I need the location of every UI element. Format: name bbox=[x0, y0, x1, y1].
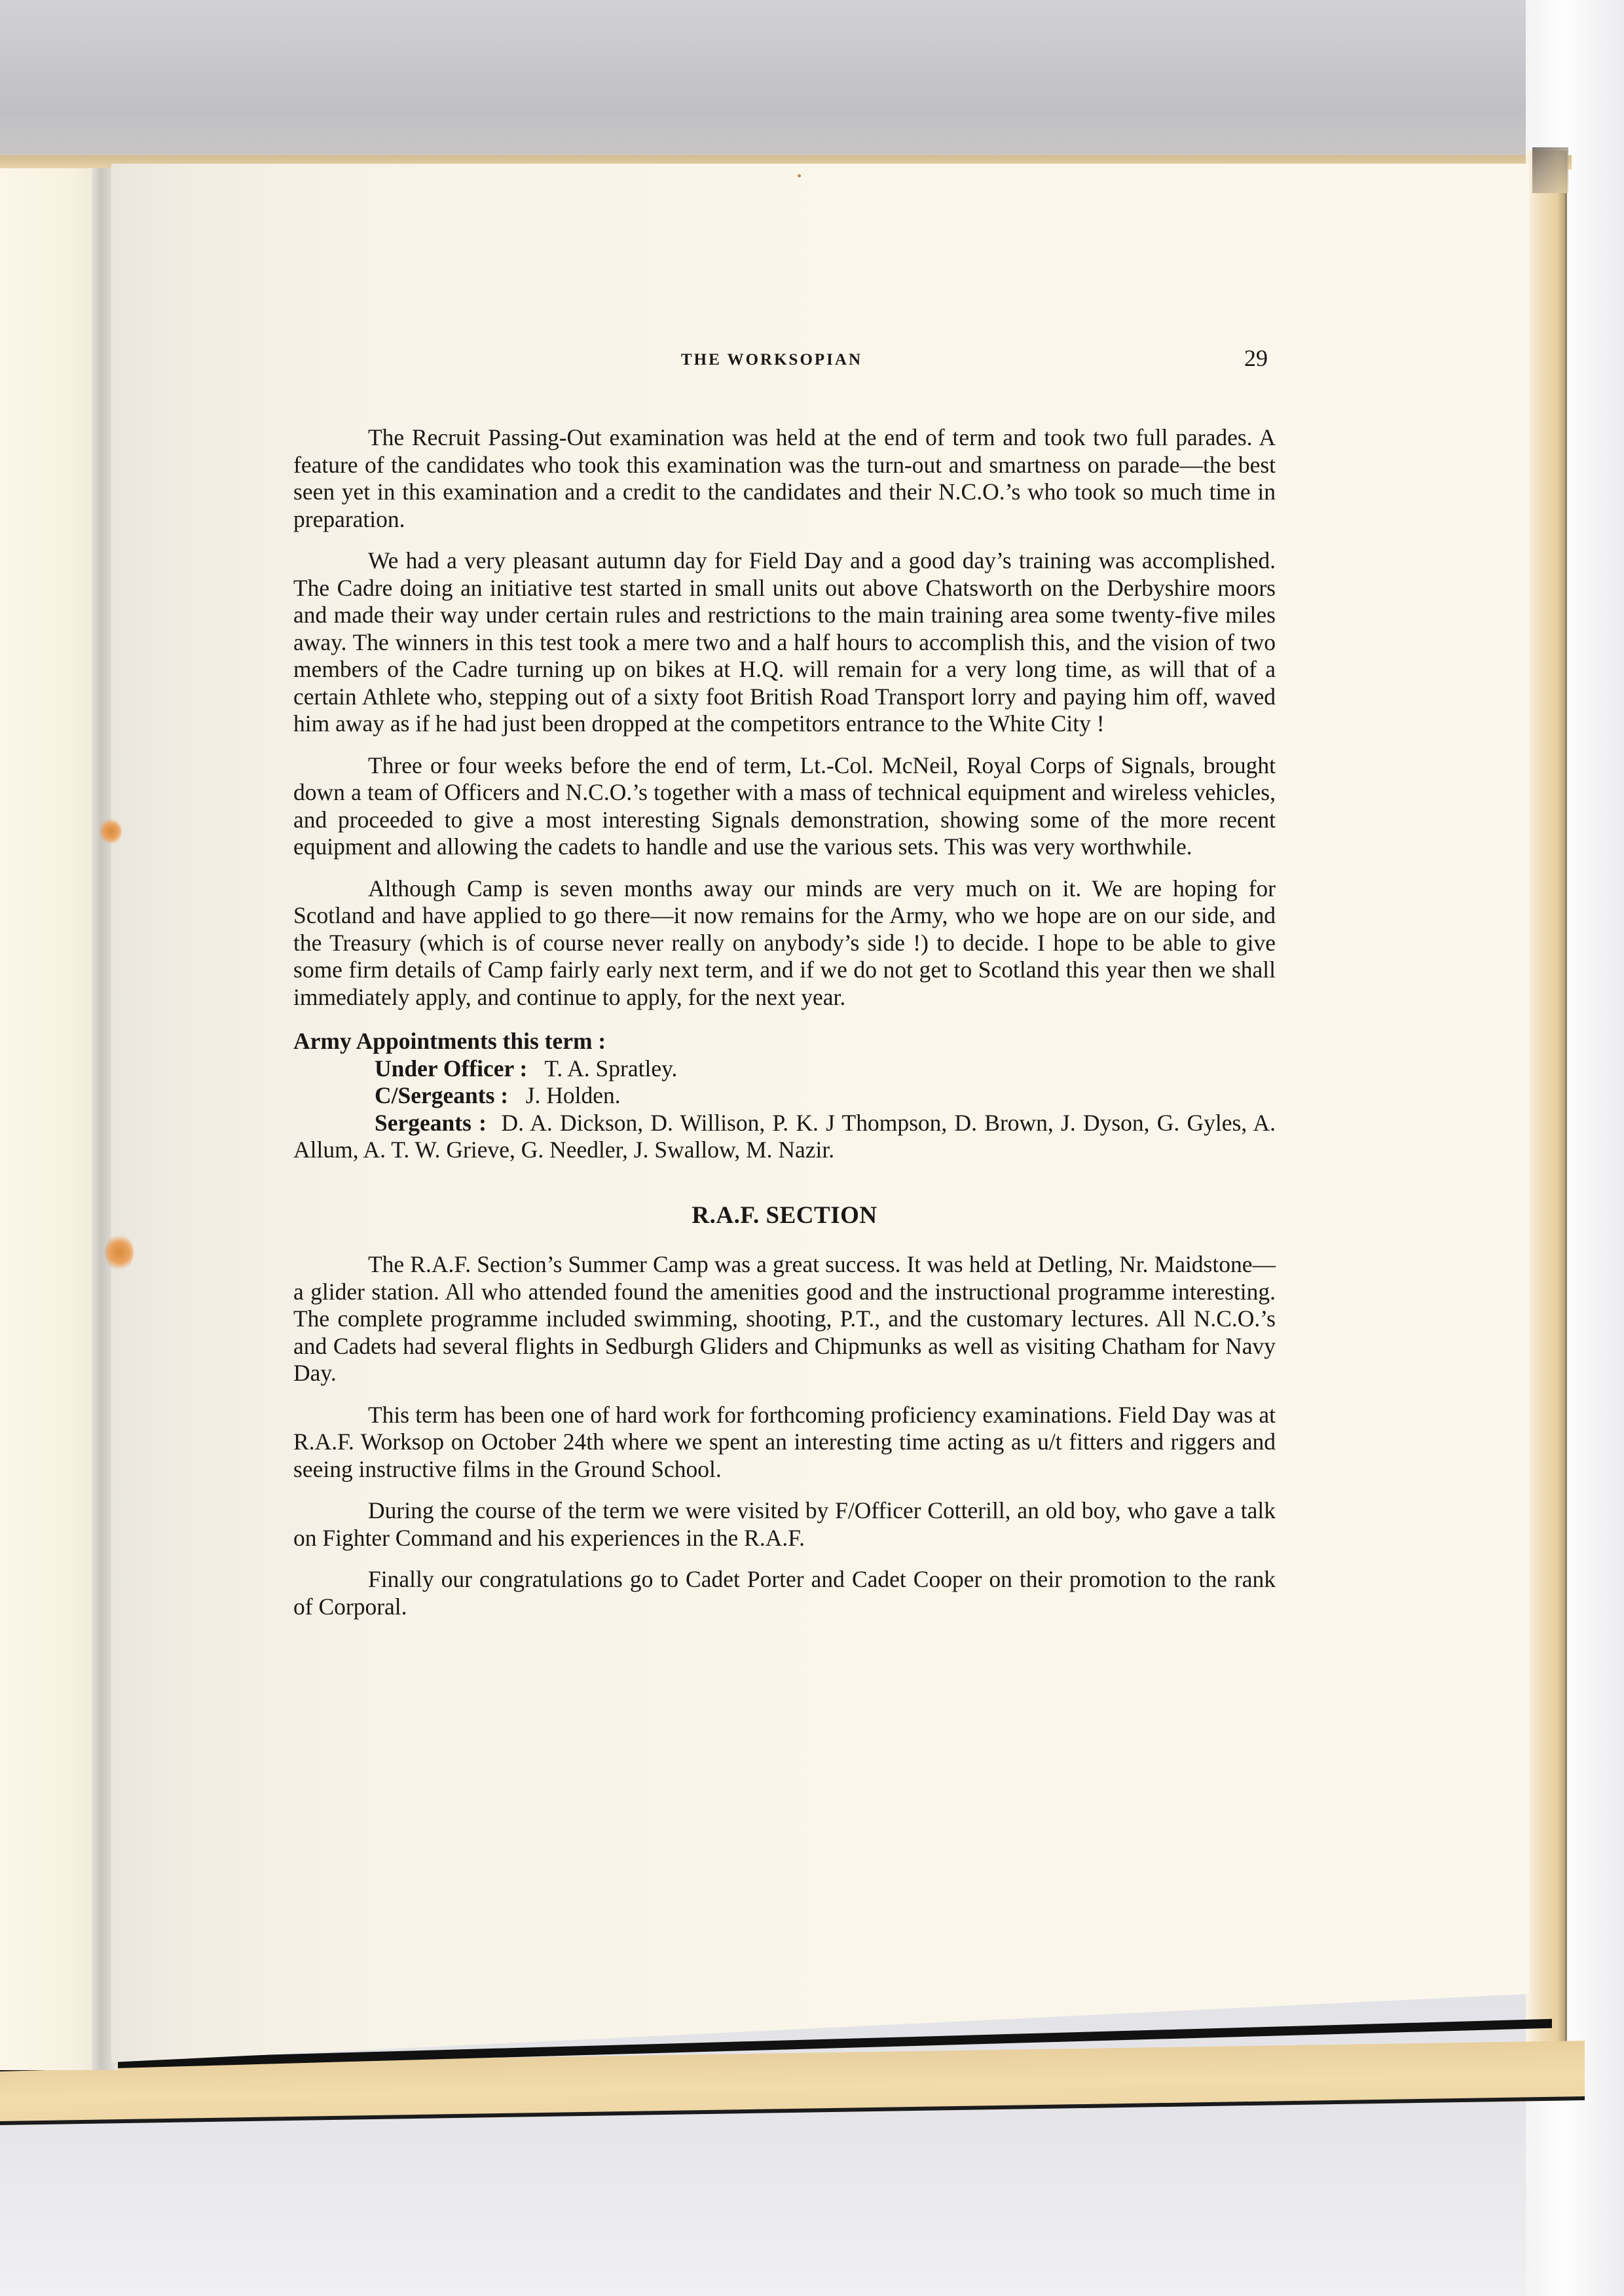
appointment-sergeants: Sergeants : D. A. Dickson, D. Willison, … bbox=[293, 1110, 1276, 1164]
page-content: THE WORKSOPIAN 29 The Recruit Passing-Ou… bbox=[0, 0, 1624, 2296]
article-body: The Recruit Passing-Out examination was … bbox=[293, 424, 1276, 1635]
paragraph-proficiency: This term has been one of hard work for … bbox=[293, 1402, 1276, 1484]
paragraph-signals-demo: Three or four weeks before the end of te… bbox=[293, 752, 1276, 861]
section-title: R.A.F. SECTION bbox=[293, 1202, 1276, 1230]
appointment-names: T. A. Spratley. bbox=[544, 1055, 677, 1082]
appointment-c-sergeants: C/Sergeants : J. Holden. bbox=[293, 1082, 1276, 1110]
appointments-heading: Army Appointments this term : bbox=[293, 1028, 1276, 1055]
paragraph-summer-camp: The R.A.F. Section’s Summer Camp was a g… bbox=[293, 1251, 1276, 1387]
paragraph-congratulations: Finally our congratulations go to Cadet … bbox=[293, 1566, 1276, 1620]
page-number: 29 bbox=[1244, 344, 1268, 372]
army-appointments: Army Appointments this term : Under Offi… bbox=[293, 1028, 1276, 1164]
appointment-names: J. Holden. bbox=[526, 1082, 621, 1108]
appointment-under-officer: Under Officer : T. A. Spratley. bbox=[293, 1055, 1276, 1083]
raf-section: R.A.F. SECTION The R.A.F. Section’s Summ… bbox=[293, 1202, 1276, 1621]
appointment-label: Sergeants : bbox=[375, 1110, 487, 1136]
paragraph-passing-out: The Recruit Passing-Out examination was … bbox=[293, 424, 1276, 533]
appointment-label: C/Sergeants : bbox=[375, 1082, 508, 1108]
paragraph-field-day: We had a very pleasant autumn day for Fi… bbox=[293, 547, 1276, 738]
paragraph-visit: During the course of the term we were vi… bbox=[293, 1497, 1276, 1552]
running-head: THE WORKSOPIAN bbox=[681, 351, 862, 369]
appointment-label: Under Officer : bbox=[375, 1055, 527, 1082]
army-section: The Recruit Passing-Out examination was … bbox=[293, 424, 1276, 1164]
paragraph-camp: Although Camp is seven months away our m… bbox=[293, 875, 1276, 1011]
